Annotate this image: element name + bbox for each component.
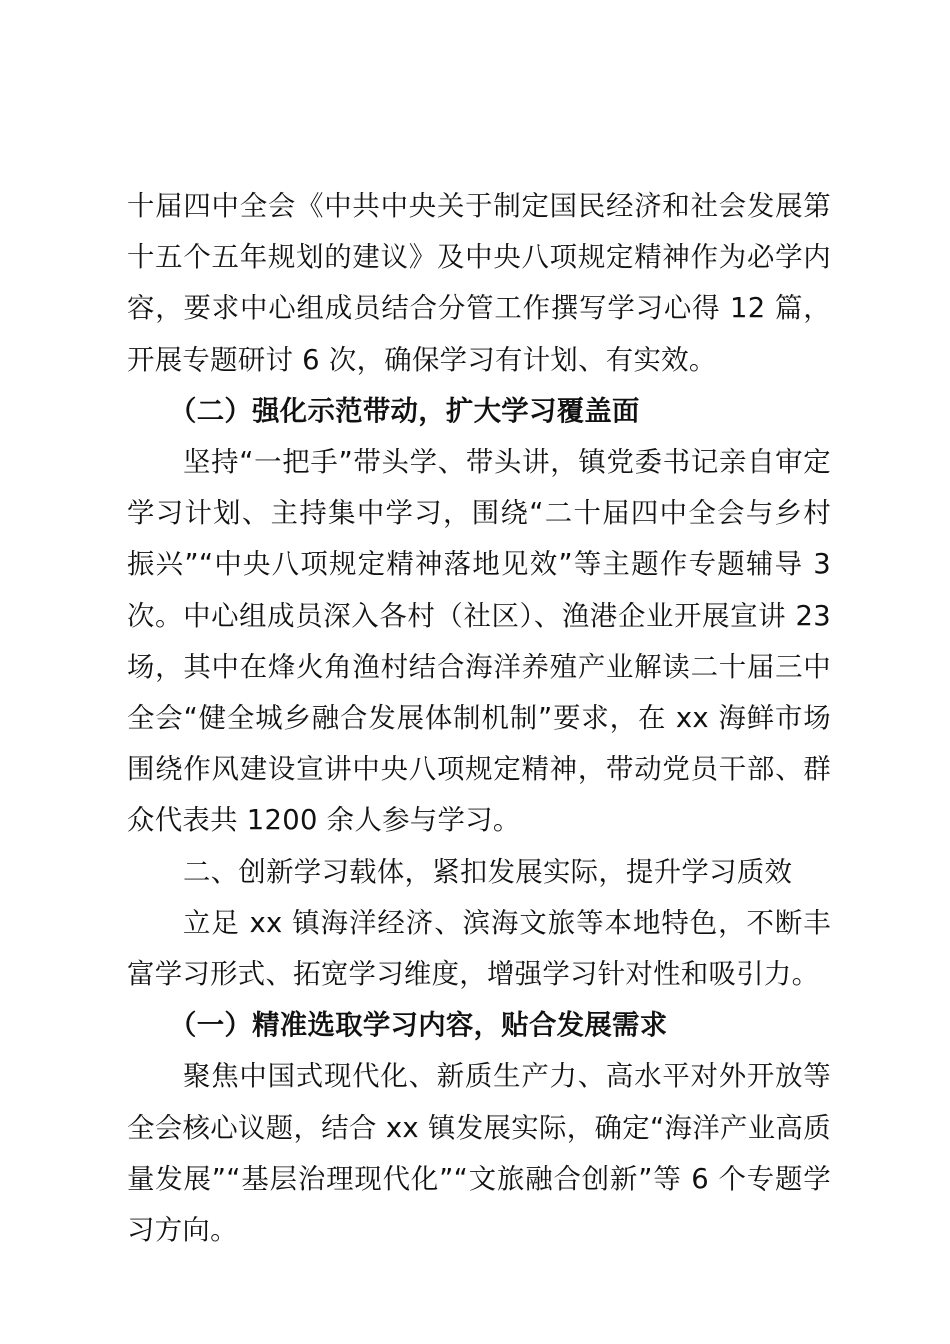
- paragraph-topic-directions: 聚焦中国式现代化、新质生产力、高水平对外开放等全会核心议题，结合 xx 镇发展实…: [127, 1051, 831, 1256]
- document-page: 十届四中全会《中共中央关于制定国民经济和社会发展第十五个五年规划的建议》及中央八…: [127, 181, 831, 1256]
- section-heading-innovate-carriers: 二、创新学习载体，紧扣发展实际，提升学习质效: [127, 847, 831, 898]
- paragraph-continuation: 十届四中全会《中共中央关于制定国民经济和社会发展第十五个五年规划的建议》及中央八…: [127, 181, 831, 386]
- subheading-select-content: （一）精准选取学习内容，贴合发展需求: [127, 1000, 831, 1051]
- paragraph-local-features: 立足 xx 镇海洋经济、滨海文旅等本地特色，不断丰富学习形式、拓宽学习维度，增强…: [127, 898, 831, 1000]
- subheading-expand-coverage: （二）强化示范带动，扩大学习覆盖面: [127, 386, 831, 437]
- paragraph-leadership-example: 坚持“一把手”带头学、带头讲，镇党委书记亲自审定学习计划、主持集中学习，围绕“二…: [127, 437, 831, 847]
